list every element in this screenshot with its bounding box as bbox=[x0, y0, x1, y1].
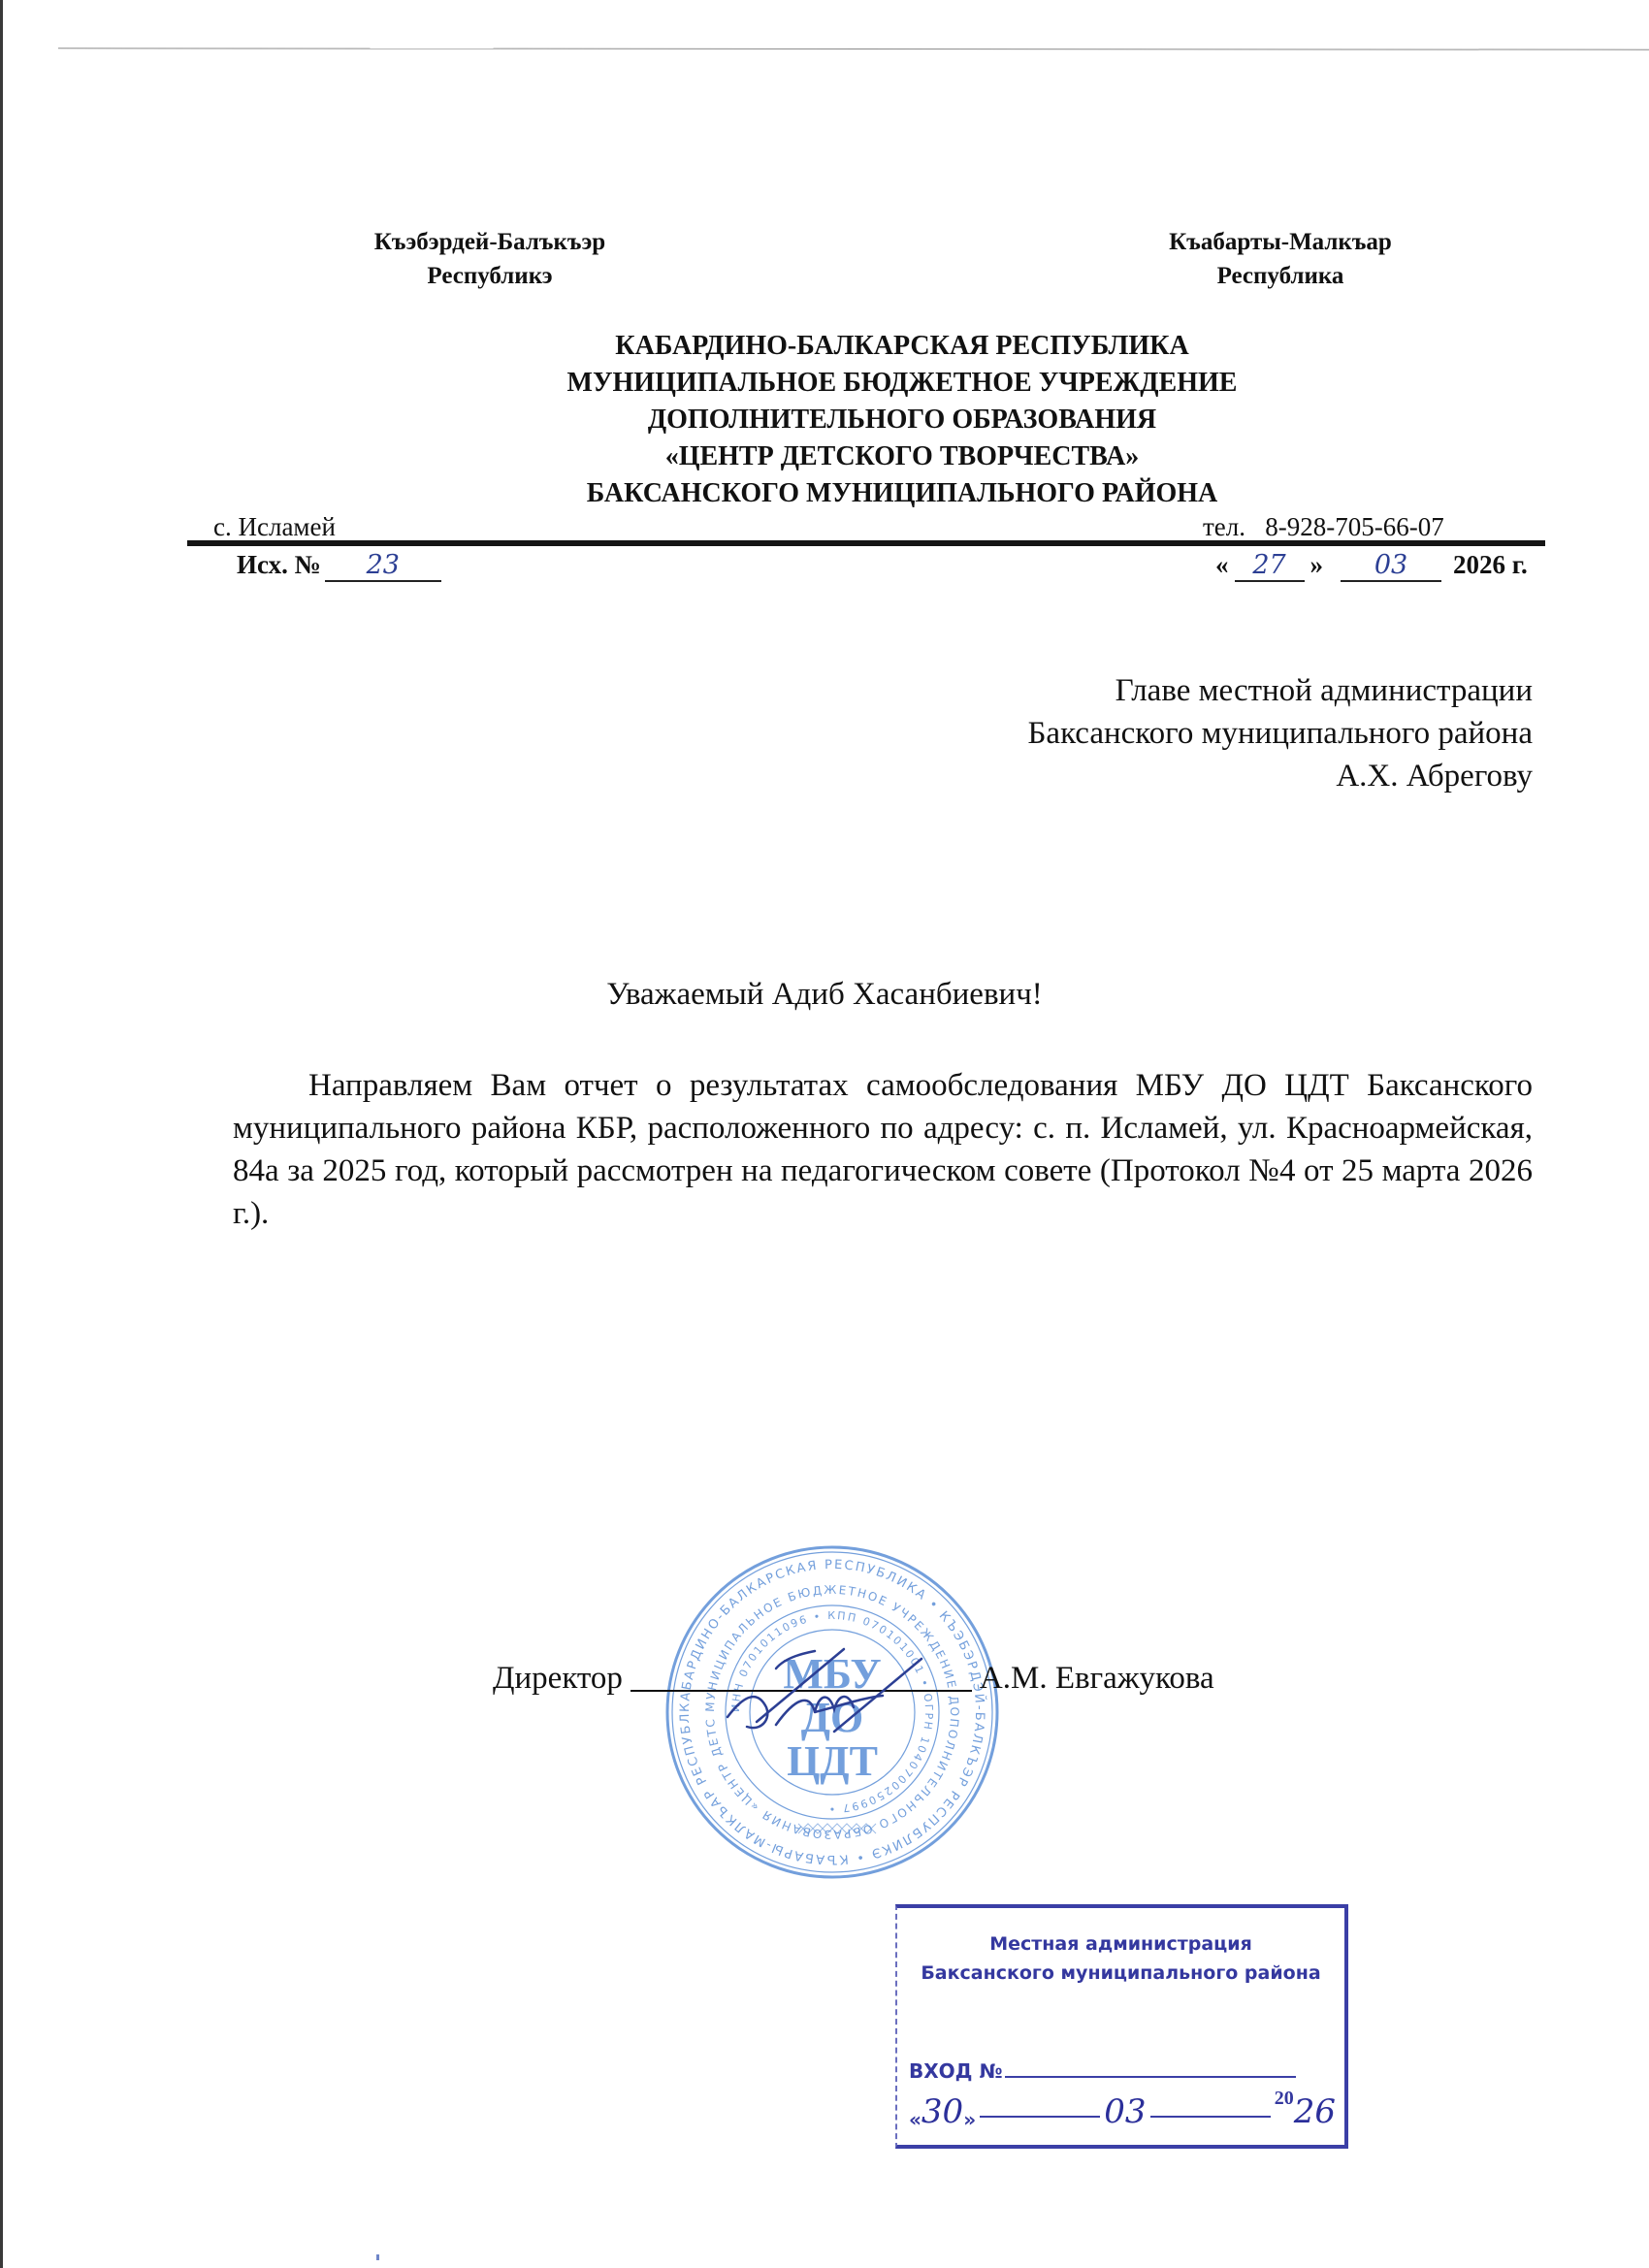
org-line: «ЦЕНТР ДЕТСКОГО ТВОРЧЕСТВА» bbox=[194, 438, 1610, 475]
incoming-registration-stamp: Местная администрация Баксанского муници… bbox=[895, 1904, 1348, 2149]
outgoing-date-month: 03 bbox=[1341, 550, 1441, 582]
incoming-date-day: 30 bbox=[921, 2092, 963, 2131]
incoming-number-label: ВХОД № bbox=[909, 2059, 1003, 2083]
phone-number: 8-928-705-66-07 bbox=[1265, 512, 1443, 541]
incoming-number: ВХОД № bbox=[909, 2059, 1296, 2083]
letter-body: Направляем Вам отчет о результатах самоо… bbox=[233, 1064, 1533, 1235]
header-rule bbox=[187, 540, 1545, 546]
quote-open: « bbox=[1215, 550, 1229, 580]
bilingual-header-left: Къэбэрдей-Балъкъэр Республикэ bbox=[335, 225, 645, 293]
bilingual-right-line-2: Республика bbox=[1125, 259, 1436, 293]
incoming-stamp-line-1: Местная администрация bbox=[897, 1933, 1344, 1955]
org-line: МУНИЦИПАЛЬНОЕ БЮДЖЕТНОЕ УЧРЕЖДЕНИЕ bbox=[194, 365, 1610, 402]
incoming-date-dash bbox=[980, 2116, 1100, 2118]
bilingual-left-line-1: Къэбэрдей-Балъкъэр bbox=[335, 225, 645, 259]
place: с. Исламей bbox=[213, 512, 336, 542]
incoming-number-line bbox=[1005, 2076, 1296, 2078]
bilingual-right-line-1: Къабарты-Малкъар bbox=[1125, 225, 1436, 259]
recipient-line: А.Х. Абрегову bbox=[1027, 755, 1533, 797]
org-line: КАБАРДИНО-БАЛКАРСКАЯ РЕСПУБЛИКА bbox=[194, 328, 1610, 365]
outgoing-date: « 27 » 03 2026 г. bbox=[1215, 550, 1528, 582]
incoming-date-month: 03 bbox=[1104, 2092, 1146, 2131]
bilingual-left-line-2: Республикэ bbox=[335, 259, 645, 293]
recipient-line: Главе местной администрации bbox=[1027, 669, 1533, 712]
incoming-year-prefix: 20 bbox=[1275, 2088, 1294, 2110]
bilingual-header-right: Къабарты-Малкъар Республика bbox=[1125, 225, 1436, 293]
outgoing-number-label: Исх. № bbox=[237, 550, 321, 580]
organization-name: КАБАРДИНО-БАЛКАРСКАЯ РЕСПУБЛИКА МУНИЦИПА… bbox=[194, 328, 1610, 512]
scan-artifact-line bbox=[58, 48, 1649, 49]
outgoing-number: Исх. № 23 bbox=[237, 550, 441, 582]
signer-title: Директор bbox=[493, 1661, 623, 1697]
outgoing-date-year: 2026 г. bbox=[1453, 550, 1528, 580]
incoming-year-suffix: 26 bbox=[1294, 2092, 1336, 2131]
outgoing-number-value: 23 bbox=[325, 550, 441, 582]
recipient-line: Баксанского муниципального района bbox=[1027, 712, 1533, 755]
phone: тел. 8-928-705-66-07 bbox=[1203, 512, 1444, 542]
outgoing-date-day: 27 bbox=[1235, 550, 1305, 582]
signer-name: А.М. Евгажукова bbox=[980, 1661, 1214, 1697]
incoming-stamp-line-2: Баксанского муниципального района bbox=[897, 1962, 1344, 1984]
scan-edge bbox=[0, 0, 3, 2268]
handwritten-signature-icon bbox=[718, 1639, 941, 1746]
incoming-quote-open: « bbox=[909, 2108, 921, 2131]
quote-close: » bbox=[1310, 550, 1324, 580]
phone-label: тел. bbox=[1203, 512, 1245, 541]
incoming-date: « 30 » 03 20 26 bbox=[909, 2092, 1336, 2131]
org-line: ДОПОЛНИТЕЛЬНОГО ОБРАЗОВАНИЯ bbox=[194, 402, 1610, 438]
org-line: БАКСАНСКОГО МУНИЦИПАЛЬНОГО РАЙОНА bbox=[194, 475, 1610, 512]
incoming-quote-close: » bbox=[963, 2108, 976, 2131]
incoming-date-dash bbox=[1150, 2116, 1271, 2118]
scan-speck bbox=[376, 2254, 379, 2260]
recipient-block: Главе местной администрации Баксанского … bbox=[1027, 669, 1533, 797]
greeting: Уважаемый Адиб Хасанбиевич! bbox=[0, 977, 1649, 1013]
